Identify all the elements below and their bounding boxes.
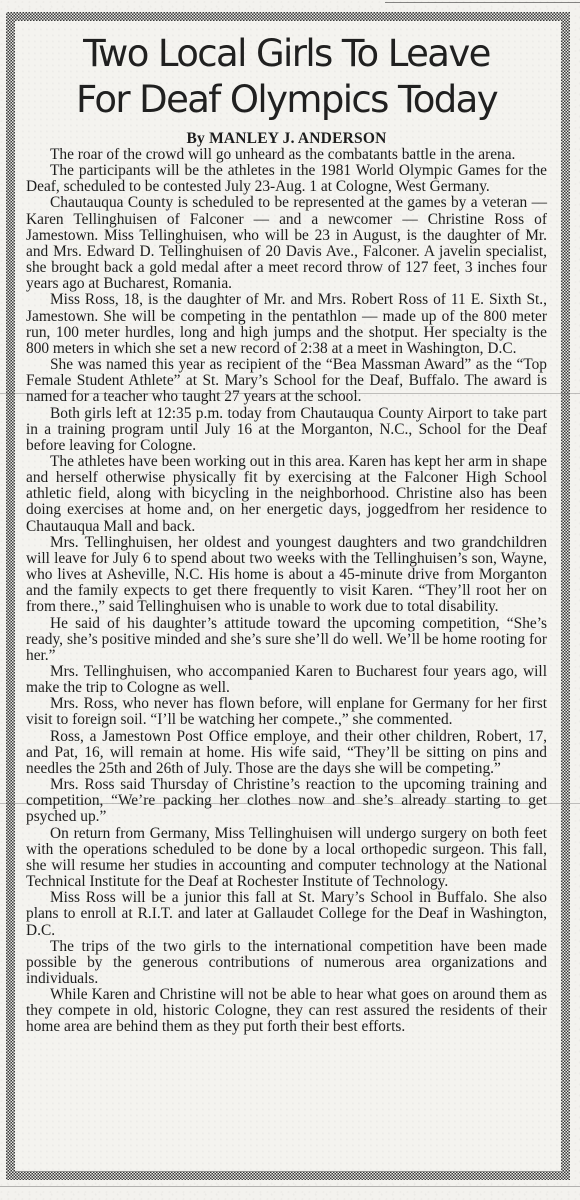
paragraph: Chautauqua County is scheduled to be rep… bbox=[26, 195, 547, 292]
paragraph: The athletes have been working out in th… bbox=[26, 454, 547, 535]
byline: By MANLEY J. ANDERSON bbox=[26, 131, 547, 147]
clipping-edge-rule bbox=[0, 1186, 580, 1187]
article-body-area: Two Local Girls To Leave For Deaf Olympi… bbox=[15, 21, 561, 1171]
headline: Two Local Girls To Leave For Deaf Olympi… bbox=[26, 31, 547, 123]
paragraph: On return from Germany, Miss Tellinghuis… bbox=[26, 826, 547, 891]
paragraph: While Karen and Christine will not be ab… bbox=[26, 987, 547, 1035]
paragraph: The participants will be the athletes in… bbox=[26, 163, 547, 195]
headline-line-2: For Deaf Olympics Today bbox=[76, 78, 497, 121]
paragraph: Mrs. Tellinghuisen, her oldest and young… bbox=[26, 535, 547, 616]
article-border-frame: Two Local Girls To Leave For Deaf Olympi… bbox=[6, 12, 570, 1180]
paragraph: Mrs. Ross, who never has flown before, w… bbox=[26, 696, 547, 728]
article-text: The roar of the crowd will go unheard as… bbox=[26, 147, 547, 1036]
headline-line-1: Two Local Girls To Leave bbox=[83, 32, 490, 75]
paragraph: The roar of the crowd will go unheard as… bbox=[26, 147, 547, 163]
paragraph: Ross, a Jamestown Post Office employe, a… bbox=[26, 729, 547, 777]
clipping-edge-rule bbox=[385, 2, 580, 3]
paper-fold-line bbox=[0, 803, 580, 804]
paragraph: The trips of the two girls to the intern… bbox=[26, 939, 547, 987]
paragraph: Mrs. Ross said Thursday of Christine’s r… bbox=[26, 777, 547, 825]
paragraph: Mrs. Tellinghuisen, who accompanied Kare… bbox=[26, 664, 547, 696]
paper-fold-line bbox=[0, 393, 580, 394]
paragraph: Miss Ross will be a junior this fall at … bbox=[26, 890, 547, 938]
paragraph: Both girls left at 12:35 p.m. today from… bbox=[26, 406, 547, 454]
paragraph: She was named this year as recipient of … bbox=[26, 357, 547, 405]
paragraph: Miss Ross, 18, is the daughter of Mr. an… bbox=[26, 292, 547, 357]
paragraph: He said of his daughter’s attitude towar… bbox=[26, 616, 547, 664]
